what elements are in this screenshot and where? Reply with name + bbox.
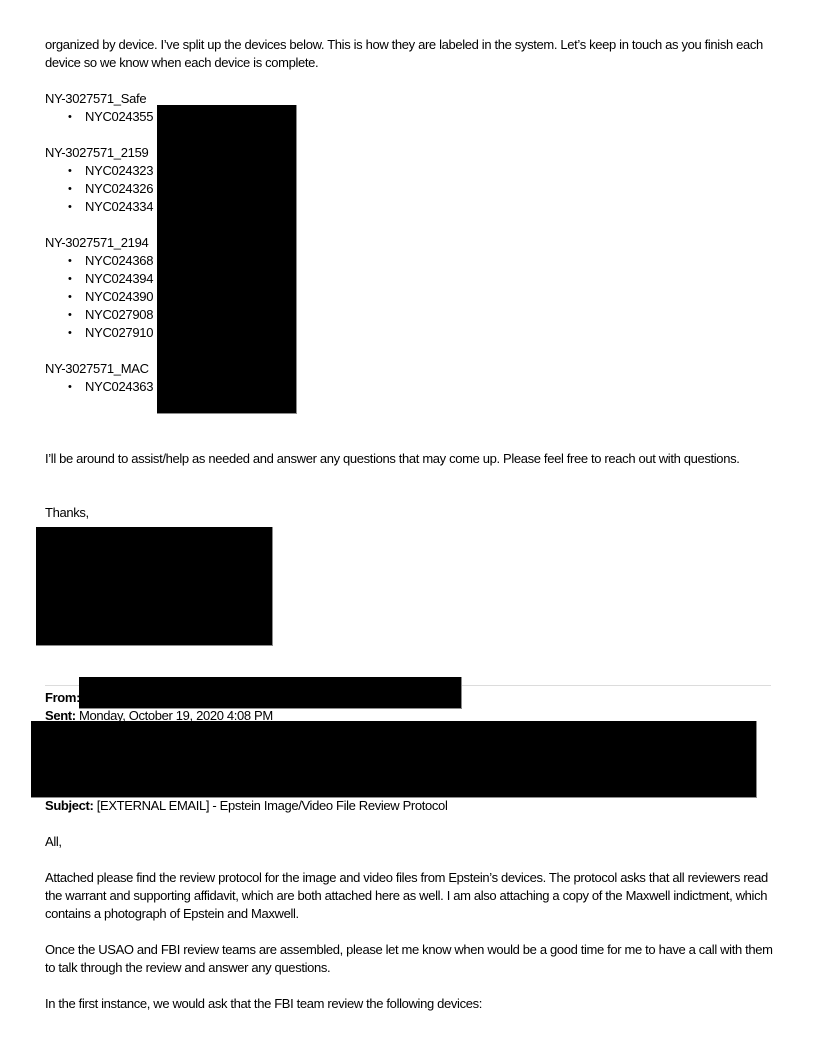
greeting: All, [45, 833, 62, 851]
device-list: •NYC024323 •NYC024326 •NYC024334 [45, 162, 153, 216]
device-list: •NYC024363 [45, 378, 153, 396]
device-group-title: NY-3027571_2194 [45, 234, 148, 252]
assist-paragraph: I’ll be around to assist/help as needed … [45, 450, 785, 468]
bullet-icon: • [68, 108, 72, 126]
bullet-icon: • [68, 378, 72, 396]
redaction-block-device-details [157, 105, 297, 414]
intro-paragraph: organized by device. I’ve split up the d… [45, 36, 785, 72]
bullet-icon: • [68, 306, 72, 324]
device-group-title: NY-3027571_2159 [45, 144, 148, 162]
from-label: From: [45, 690, 80, 705]
device-item: •NYC024394 [45, 270, 153, 288]
device-item: •NYC024390 [45, 288, 153, 306]
body-paragraph-2: Once the USAO and FBI review teams are a… [45, 941, 785, 977]
device-item: •NYC027908 [45, 306, 153, 324]
device-list: •NYC024355 [45, 108, 153, 126]
redaction-block-recipients [31, 721, 757, 798]
body-paragraph-3: In the first instance, we would ask that… [45, 995, 785, 1013]
bullet-icon: • [68, 252, 72, 270]
bullet-icon: • [68, 198, 72, 216]
bullet-icon: • [68, 180, 72, 198]
bullet-icon: • [68, 288, 72, 306]
device-item: •NYC024355 [45, 108, 153, 126]
device-list: •NYC024368 •NYC024394 •NYC024390 •NYC027… [45, 252, 153, 342]
device-item: •NYC024363 [45, 378, 153, 396]
device-item: •NYC024323 [45, 162, 153, 180]
bullet-icon: • [68, 162, 72, 180]
device-group-title: NY-3027571_MAC [45, 360, 149, 378]
subject-label: Subject: [45, 798, 93, 813]
bullet-icon: • [68, 270, 72, 288]
signoff: Thanks, [45, 504, 89, 522]
subject-line: Subject: [EXTERNAL EMAIL] - Epstein Imag… [45, 797, 447, 815]
redaction-block-signature [36, 527, 273, 646]
bullet-icon: • [68, 324, 72, 342]
device-item: •NYC024326 [45, 180, 153, 198]
device-group-title: NY-3027571_Safe [45, 90, 146, 108]
redaction-block-from [79, 677, 462, 709]
device-item: •NYC027910 [45, 324, 153, 342]
device-item: •NYC024334 [45, 198, 153, 216]
body-paragraph-1: Attached please find the review protocol… [45, 869, 785, 923]
subject-value: [EXTERNAL EMAIL] - Epstein Image/Video F… [97, 798, 448, 813]
device-item: •NYC024368 [45, 252, 153, 270]
from-line: From: [45, 689, 80, 707]
